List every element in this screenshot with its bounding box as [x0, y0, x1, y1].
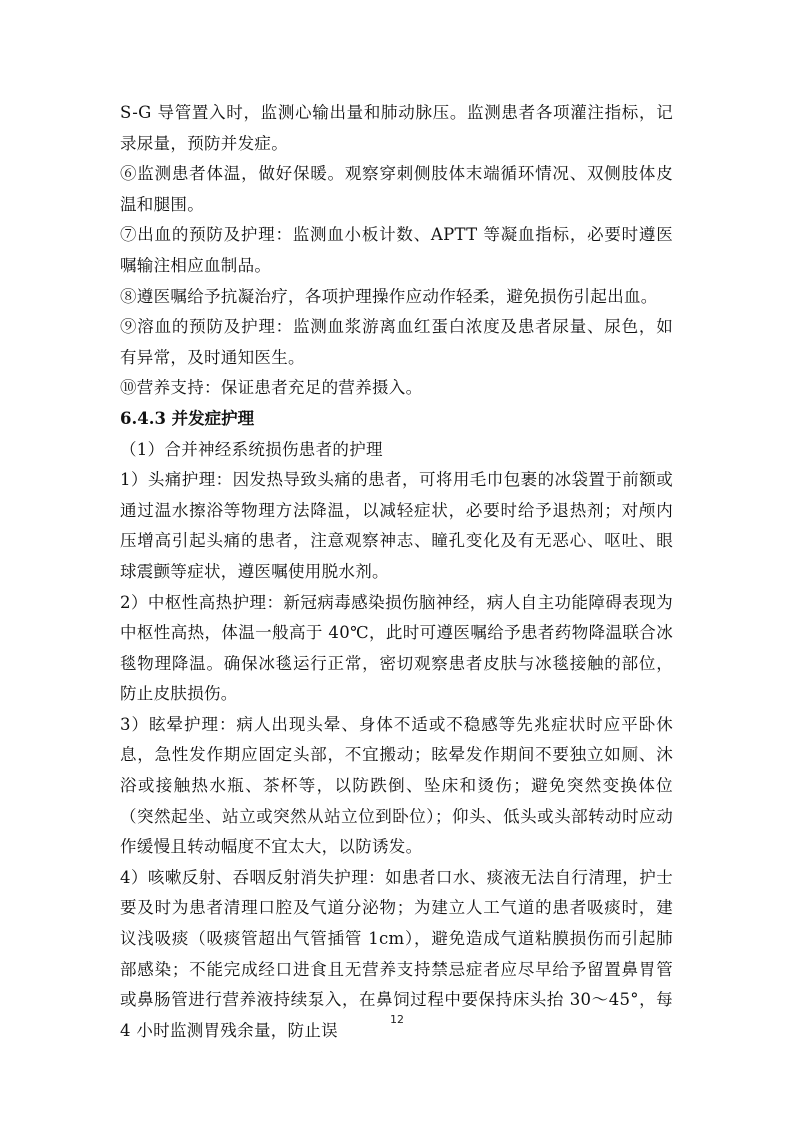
paragraph-bleeding-prevention: ⑦出血的预防及护理：监测血小板计数、APTT 等凝血指标，必要时遵医嘱输注相应血…	[120, 220, 673, 281]
section-heading: 6.4.3 并发症护理	[120, 404, 673, 435]
paragraph-temperature-monitoring: ⑥监测患者体温，做好保暖。观察穿刺侧肢体末端循环情况、双侧肢体皮温和腿围。	[120, 159, 673, 220]
subsection-heading: （1）合并神经系统损伤患者的护理	[120, 435, 673, 466]
paragraph-sg-catheter: S-G 导管置入时，监测心输出量和肺动脉压。监测患者各项灌注指标，记录尿量，预防…	[120, 98, 673, 159]
paragraph-anticoagulation: ⑧遵医嘱给予抗凝治疗，各项护理操作应动作轻柔，避免损伤引起出血。	[120, 282, 673, 313]
paragraph-hemolysis-prevention: ⑨溶血的预防及护理：监测血浆游离血红蛋白浓度及患者尿量、尿色，如有异常，及时通知…	[120, 312, 673, 373]
item-central-hyperthermia-care: 2）中枢性高热护理：新冠病毒感染损伤脑神经，病人自主功能障碍表现为中枢性高热，体…	[120, 588, 673, 710]
page-number: 12	[0, 1013, 794, 1026]
item-headache-care: 1）头痛护理：因发热导致头痛的患者，可将用毛巾包裹的冰袋置于前额或通过温水擦浴等…	[120, 465, 673, 587]
page-body: S-G 导管置入时，监测心输出量和肺动脉压。监测患者各项灌注指标，记录尿量，预防…	[120, 98, 673, 1046]
item-vertigo-care: 3）眩晕护理：病人出现头晕、身体不适或不稳感等先兆症状时应平卧休息，急性发作期应…	[120, 710, 673, 863]
paragraph-nutrition-support: ⑩营养支持：保证患者充足的营养摄入。	[120, 373, 673, 404]
